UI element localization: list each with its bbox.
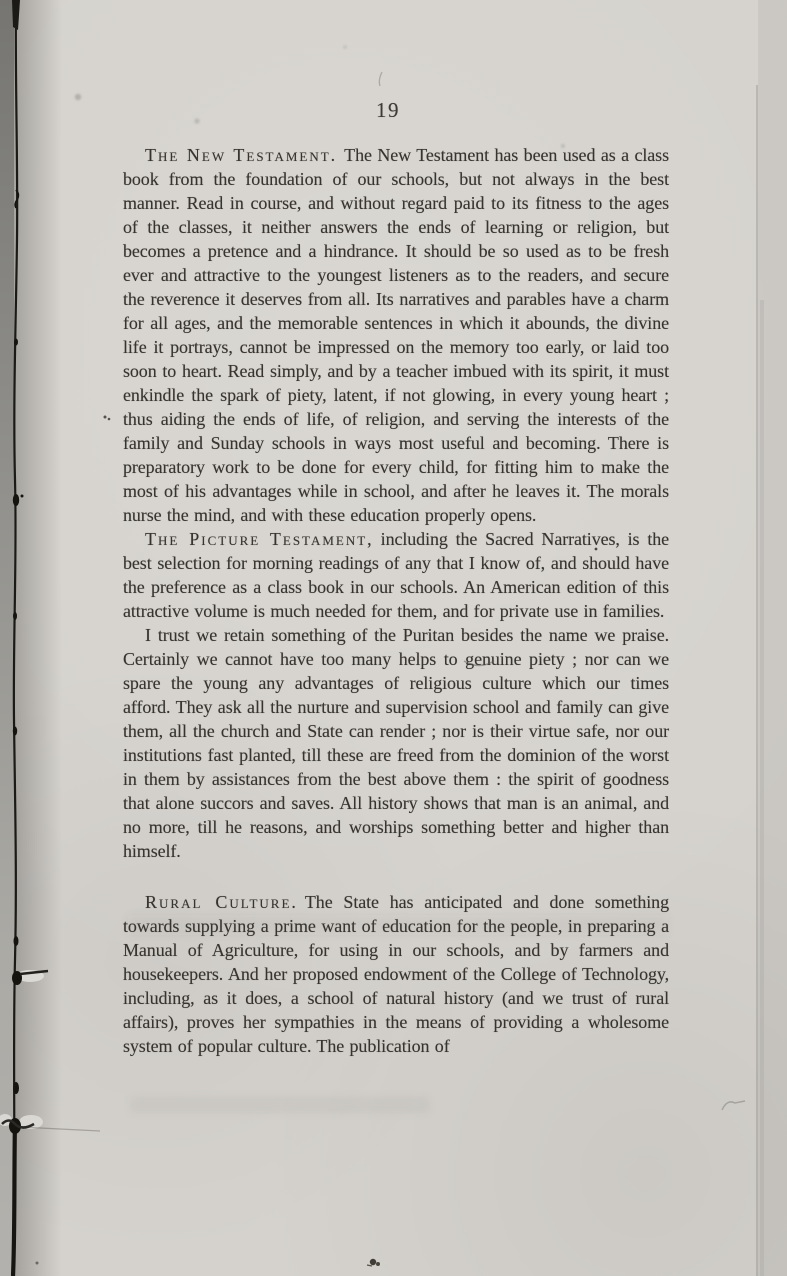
paragraph-lead: The Picture Testament,	[145, 529, 374, 549]
stitch-marks	[0, 190, 100, 1134]
paragraph-rural-culture: Rural Culture.The State has anticipated …	[123, 890, 669, 1058]
paragraph-lead: Rural Culture.	[145, 892, 298, 912]
ink-speck	[367, 1259, 380, 1266]
margin-asterisk-mark	[104, 416, 111, 421]
text-block: The New Testament.The New Testament has …	[123, 143, 669, 1058]
paragraph-body: The New Testament has been used as a cla…	[123, 145, 669, 525]
paragraph-picture-testament: The Picture Testament,including the Sacr…	[123, 527, 669, 623]
page-edge-shadow	[757, 0, 787, 1276]
page-number: 19	[123, 98, 653, 122]
binding-gutter	[0, 0, 62, 1276]
paragraph-body: I trust we retain something of the Purit…	[123, 625, 669, 861]
paragraph-new-testament: The New Testament.The New Testament has …	[123, 143, 669, 527]
paragraph-puritan: I trust we retain something of the Purit…	[123, 623, 669, 863]
paragraph-lead: The New Testament.	[145, 145, 337, 165]
scanned-page: 19 The New Testament.The New Testament h…	[0, 0, 787, 1276]
show-through-band	[130, 1096, 430, 1114]
pencil-mark	[722, 1101, 745, 1110]
paragraph-body: The State has anticipated and done somet…	[123, 892, 669, 1056]
